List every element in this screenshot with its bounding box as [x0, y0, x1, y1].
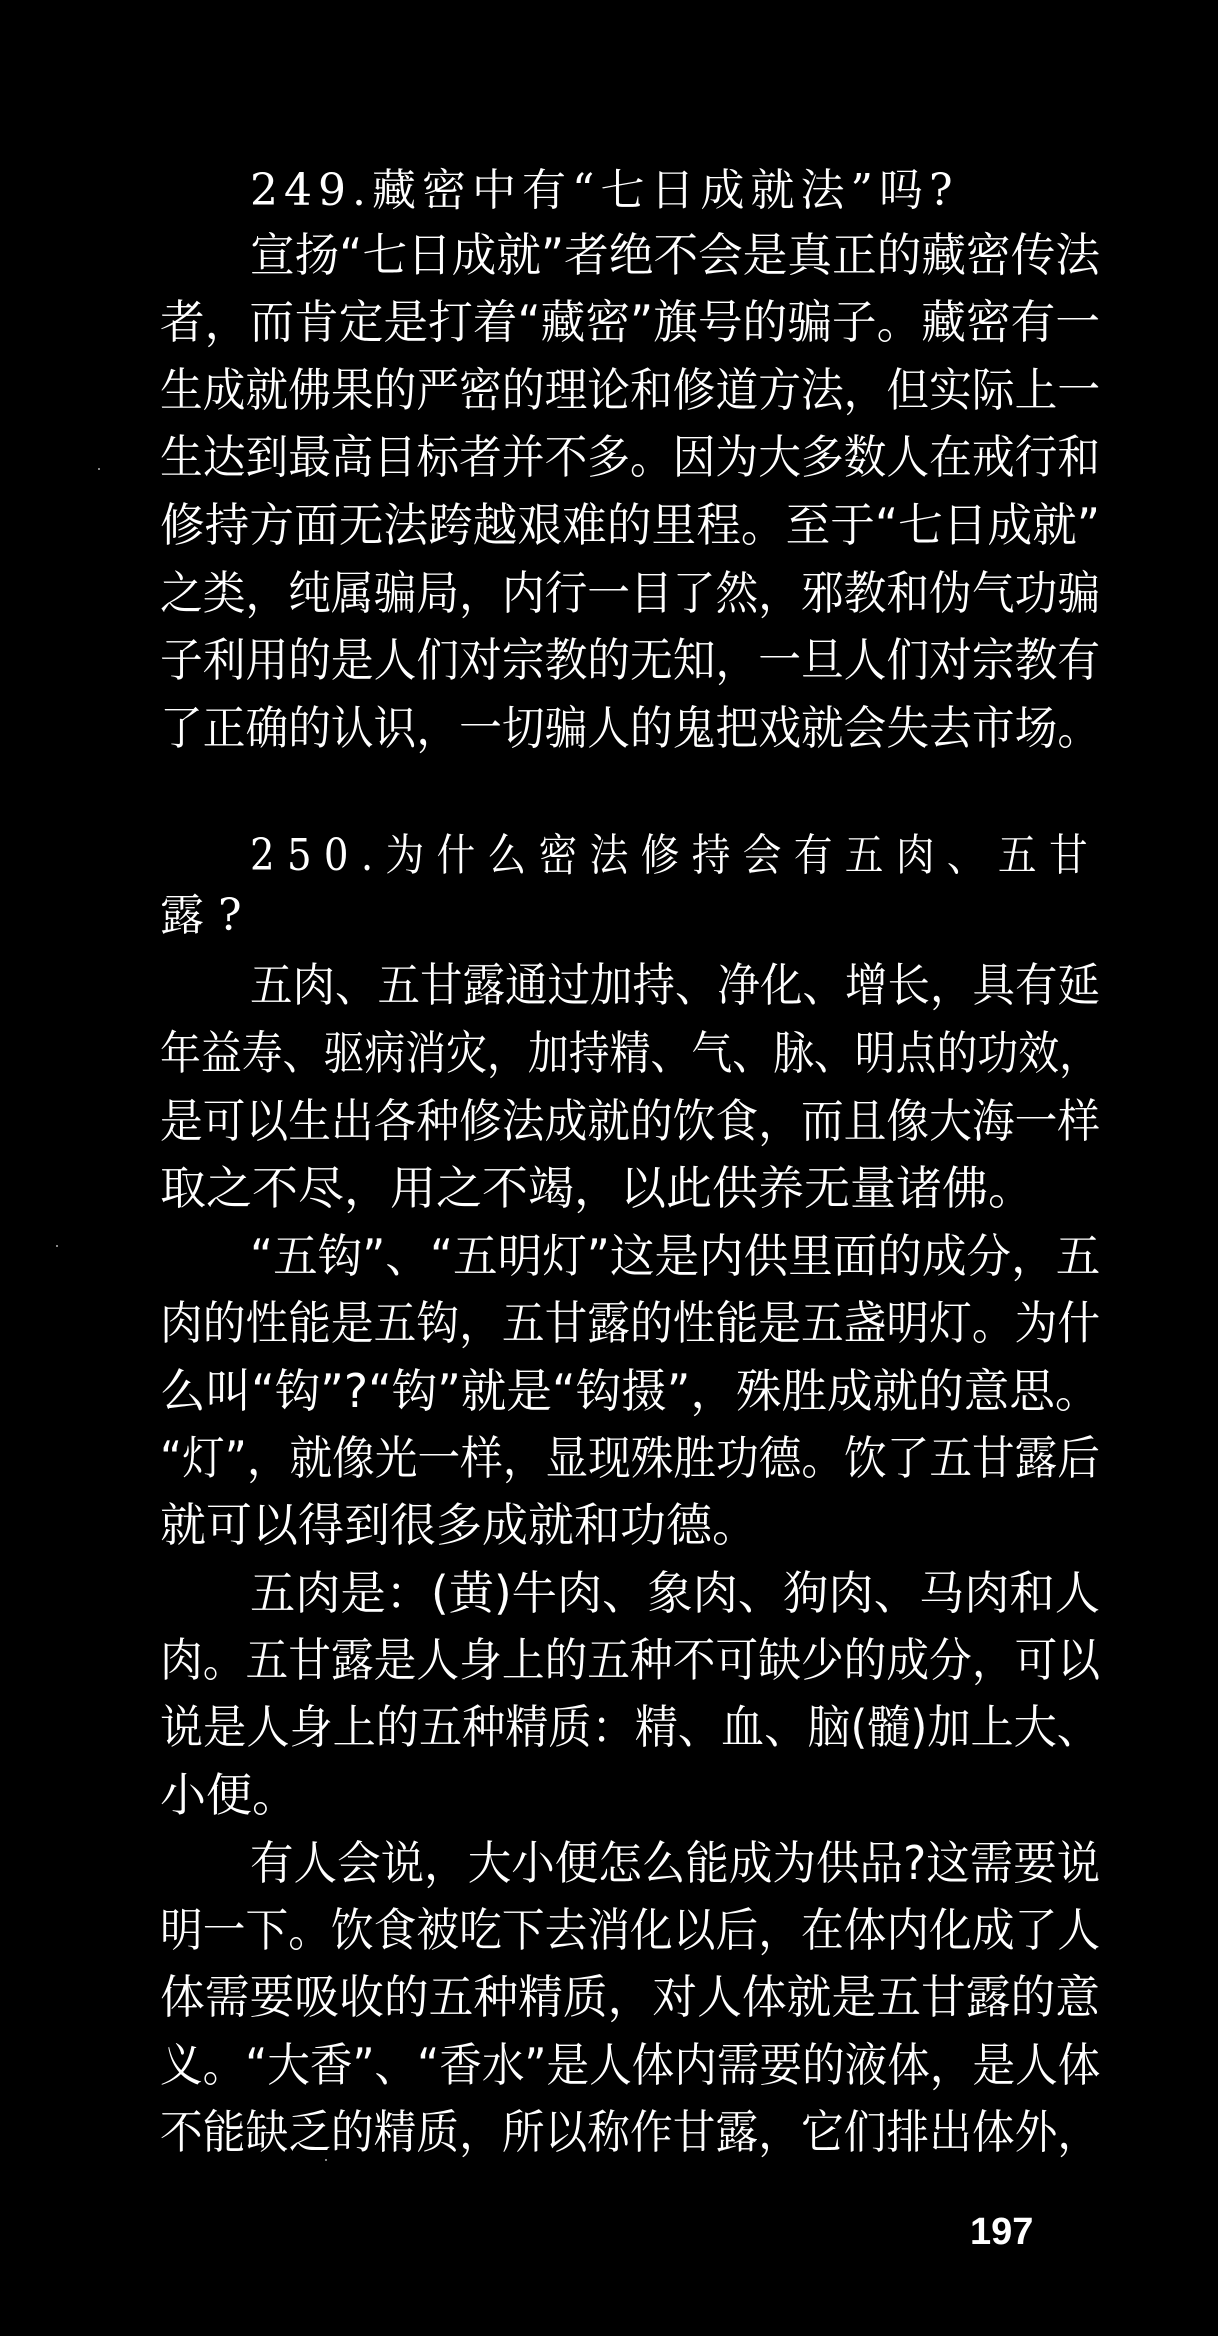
- paragraph-line: 修持方面无法跨越艰难的里程。至于“七日成就”: [160, 492, 1100, 559]
- paragraph-line: 不能缺乏的精质，所以称作甘露，它们排出体外，: [160, 2099, 1100, 2166]
- paragraph-line: 义。“大香”、“香水”是人体内需要的液体，是人体: [160, 2032, 1100, 2099]
- paragraph-line: 之类，纯属骗局，内行一目了然，邪教和伪气功骗: [160, 560, 1100, 627]
- scan-speck: [56, 1245, 58, 1247]
- paragraph-line: 说是人身上的五种精质：精、血、脑(髓)加上大、: [160, 1694, 1100, 1761]
- section-heading-250: 250.为什么密法修持会有五肉、五甘: [250, 822, 1100, 889]
- paragraph-line: 宣扬“七日成就”者绝不会是真正的藏密传法: [250, 222, 1100, 289]
- paragraph-line: 年益寿、驱病消灾，加持精、气、脉、明点的功效，: [160, 1020, 1100, 1087]
- paragraph-line: 五肉、五甘露通过加持、净化、增长，具有延: [250, 952, 1100, 1019]
- paragraph-line: 么叫“钩”?“钩”就是“钩摄”，殊胜成就的意思。: [160, 1358, 1100, 1425]
- paragraph-line: 者，而肯定是打着“藏密”旗号的骗子。藏密有一: [160, 289, 1100, 356]
- scan-speck: [98, 468, 100, 470]
- paragraph-line: 体需要吸收的五种精质，对人体就是五甘露的意: [160, 1964, 1100, 2031]
- paragraph-line: 生成就佛果的严密的理论和修道方法，但实际上一: [160, 357, 1100, 424]
- paragraph-line: 小便。: [160, 1762, 1100, 1829]
- paragraph-line: 取之不尽，用之不竭，以此供养无量诸佛。: [160, 1155, 1100, 1222]
- page-number: 197: [970, 2212, 1033, 2252]
- paragraph-line: 生达到最高目标者并不多。因为大多数人在戒行和: [160, 424, 1100, 491]
- paragraph-line: 五肉是：(黄)牛肉、象肉、狗肉、马肉和人: [250, 1560, 1100, 1627]
- paragraph-line: 有人会说，大小便怎么能成为供品?这需要说: [250, 1830, 1100, 1897]
- paragraph-line: “五钩”、“五明灯”这是内供里面的成分，五: [250, 1223, 1100, 1290]
- book-page: 249.藏密中有“七日成就法”吗? 宣扬“七日成就”者绝不会是真正的藏密传法 者…: [0, 0, 1218, 2336]
- paragraph-line: 肉的性能是五钩，五甘露的性能是五盏明灯。为什: [160, 1290, 1100, 1357]
- paragraph-line: 了正确的认识，一切骗人的鬼把戏就会失去市场。: [160, 695, 1100, 762]
- section-heading-249: 249.藏密中有“七日成就法”吗?: [250, 157, 1100, 224]
- scan-speck: [325, 2159, 327, 2161]
- paragraph-line: 子利用的是人们对宗教的无知，一旦人们对宗教有: [160, 627, 1100, 694]
- paragraph-line: 是可以生出各种修法成就的饮食，而且像大海一样: [160, 1088, 1100, 1155]
- paragraph-line: 肉。五甘露是人身上的五种不可缺少的成分，可以: [160, 1627, 1100, 1694]
- paragraph-line: “灯”，就像光一样，显现殊胜功德。饮了五甘露后: [160, 1425, 1100, 1492]
- paragraph-line: 就可以得到很多成就和功德。: [160, 1492, 1100, 1559]
- section-heading-250-cont: 露?: [160, 882, 1100, 949]
- paragraph-line: 明一下。饮食被吃下去消化以后，在体内化成了人: [160, 1897, 1100, 1964]
